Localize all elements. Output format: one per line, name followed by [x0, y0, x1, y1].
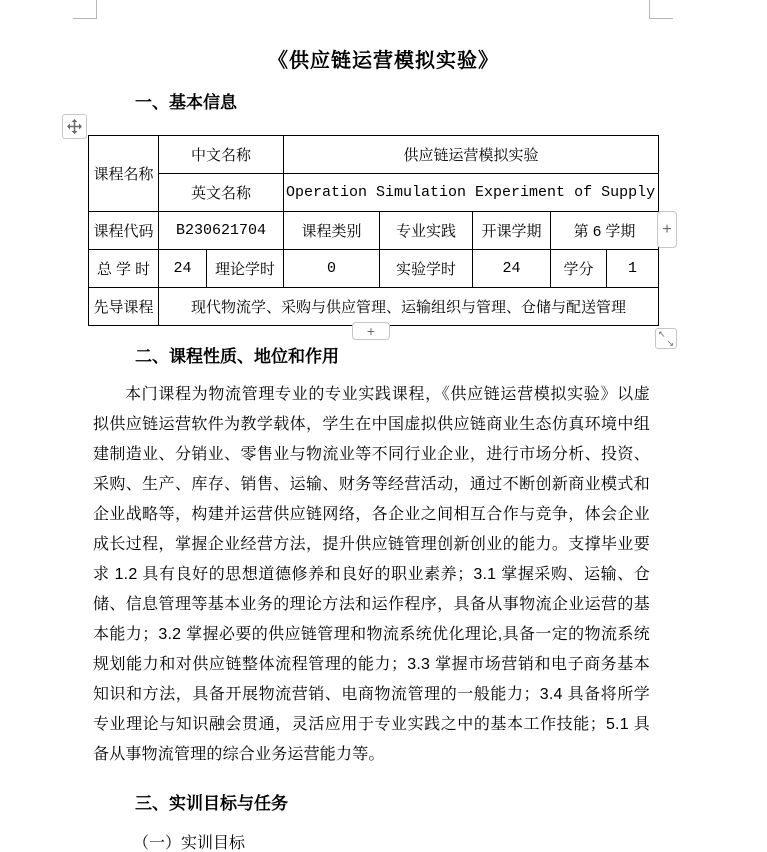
top-right-margin-mark [649, 0, 673, 19]
table-row: 总 学 时 24 理论学时 0 实验学时 24 学分 1 [89, 250, 659, 288]
table-resize-handle[interactable]: ↖ ↘ [655, 328, 677, 349]
document-title[interactable]: 《供应链运营模拟实验》 [0, 44, 767, 73]
cell-theory-hours-label[interactable]: 理论学时 [207, 250, 284, 288]
table-row: 课程名称 中文名称 供应链运营模拟实验 [89, 136, 659, 174]
cell-credits-label[interactable]: 学分 [551, 250, 607, 288]
cell-prereq-label[interactable]: 先导课程 [89, 288, 159, 326]
cell-total-hours-value[interactable]: 24 [159, 250, 207, 288]
cell-theory-hours-value[interactable]: 0 [284, 250, 380, 288]
cell-course-type-value[interactable]: 专业实践 [380, 212, 473, 250]
cell-total-hours-label[interactable]: 总 学 时 [89, 250, 159, 288]
add-table-row-button[interactable]: + [352, 322, 390, 340]
course-description-paragraph[interactable]: 本门课程为物流管理专业的专业实践课程，《供应链运营模拟实验》以虚拟供应链运营软件… [93, 380, 650, 770]
heading-course-nature[interactable]: 二、课程性质、地位和作用 [135, 342, 339, 367]
word-document-page: { "doc": { "title": "《供应链运营模拟实验》", "head… [0, 0, 767, 852]
subheading-training-goal[interactable]: （一）实训目标 [133, 830, 245, 852]
plus-icon: + [367, 323, 375, 339]
cell-prereq-value[interactable]: 现代物流学、采购与供应管理、运输组织与管理、仓储与配送管理 [159, 288, 659, 326]
cell-credits-value[interactable]: 1 [607, 250, 659, 288]
table-row: 课程代码 B230621704 课程类别 专业实践 开课学期 第 6 学期 [89, 212, 659, 250]
cell-course-type-label[interactable]: 课程类别 [284, 212, 380, 250]
heading-basic-info[interactable]: 一、基本信息 [135, 88, 237, 113]
plus-icon: + [662, 221, 671, 239]
cell-course-code-label[interactable]: 课程代码 [89, 212, 159, 250]
basic-info-table: 课程名称 中文名称 供应链运营模拟实验 英文名称 Operation Simul… [88, 135, 659, 326]
cell-semester-value[interactable]: 第 6 学期 [551, 212, 659, 250]
resize-arrow-se-icon: ↘ [666, 338, 674, 348]
cell-en-name-value[interactable]: Operation Simulation Experiment of Suppl… [284, 174, 659, 212]
heading-training-target[interactable]: 三、实训目标与任务 [135, 789, 288, 814]
resize-arrow-nw-icon: ↖ [658, 329, 666, 339]
cell-lab-hours-value[interactable]: 24 [473, 250, 551, 288]
cell-cn-name-value[interactable]: 供应链运营模拟实验 [284, 136, 659, 174]
cell-course-name-label[interactable]: 课程名称 [89, 136, 159, 212]
top-left-margin-mark [73, 0, 97, 19]
table-move-handle[interactable] [62, 114, 87, 139]
add-table-column-button[interactable]: + [657, 211, 677, 248]
cell-semester-label[interactable]: 开课学期 [473, 212, 551, 250]
move-icon [67, 119, 82, 134]
cell-en-name-label[interactable]: 英文名称 [159, 174, 284, 212]
table-row: 英文名称 Operation Simulation Experiment of … [89, 174, 659, 212]
cell-lab-hours-label[interactable]: 实验学时 [380, 250, 473, 288]
cell-cn-name-label[interactable]: 中文名称 [159, 136, 284, 174]
table-row: 先导课程 现代物流学、采购与供应管理、运输组织与管理、仓储与配送管理 [89, 288, 659, 326]
cell-course-code-value[interactable]: B230621704 [159, 212, 284, 250]
